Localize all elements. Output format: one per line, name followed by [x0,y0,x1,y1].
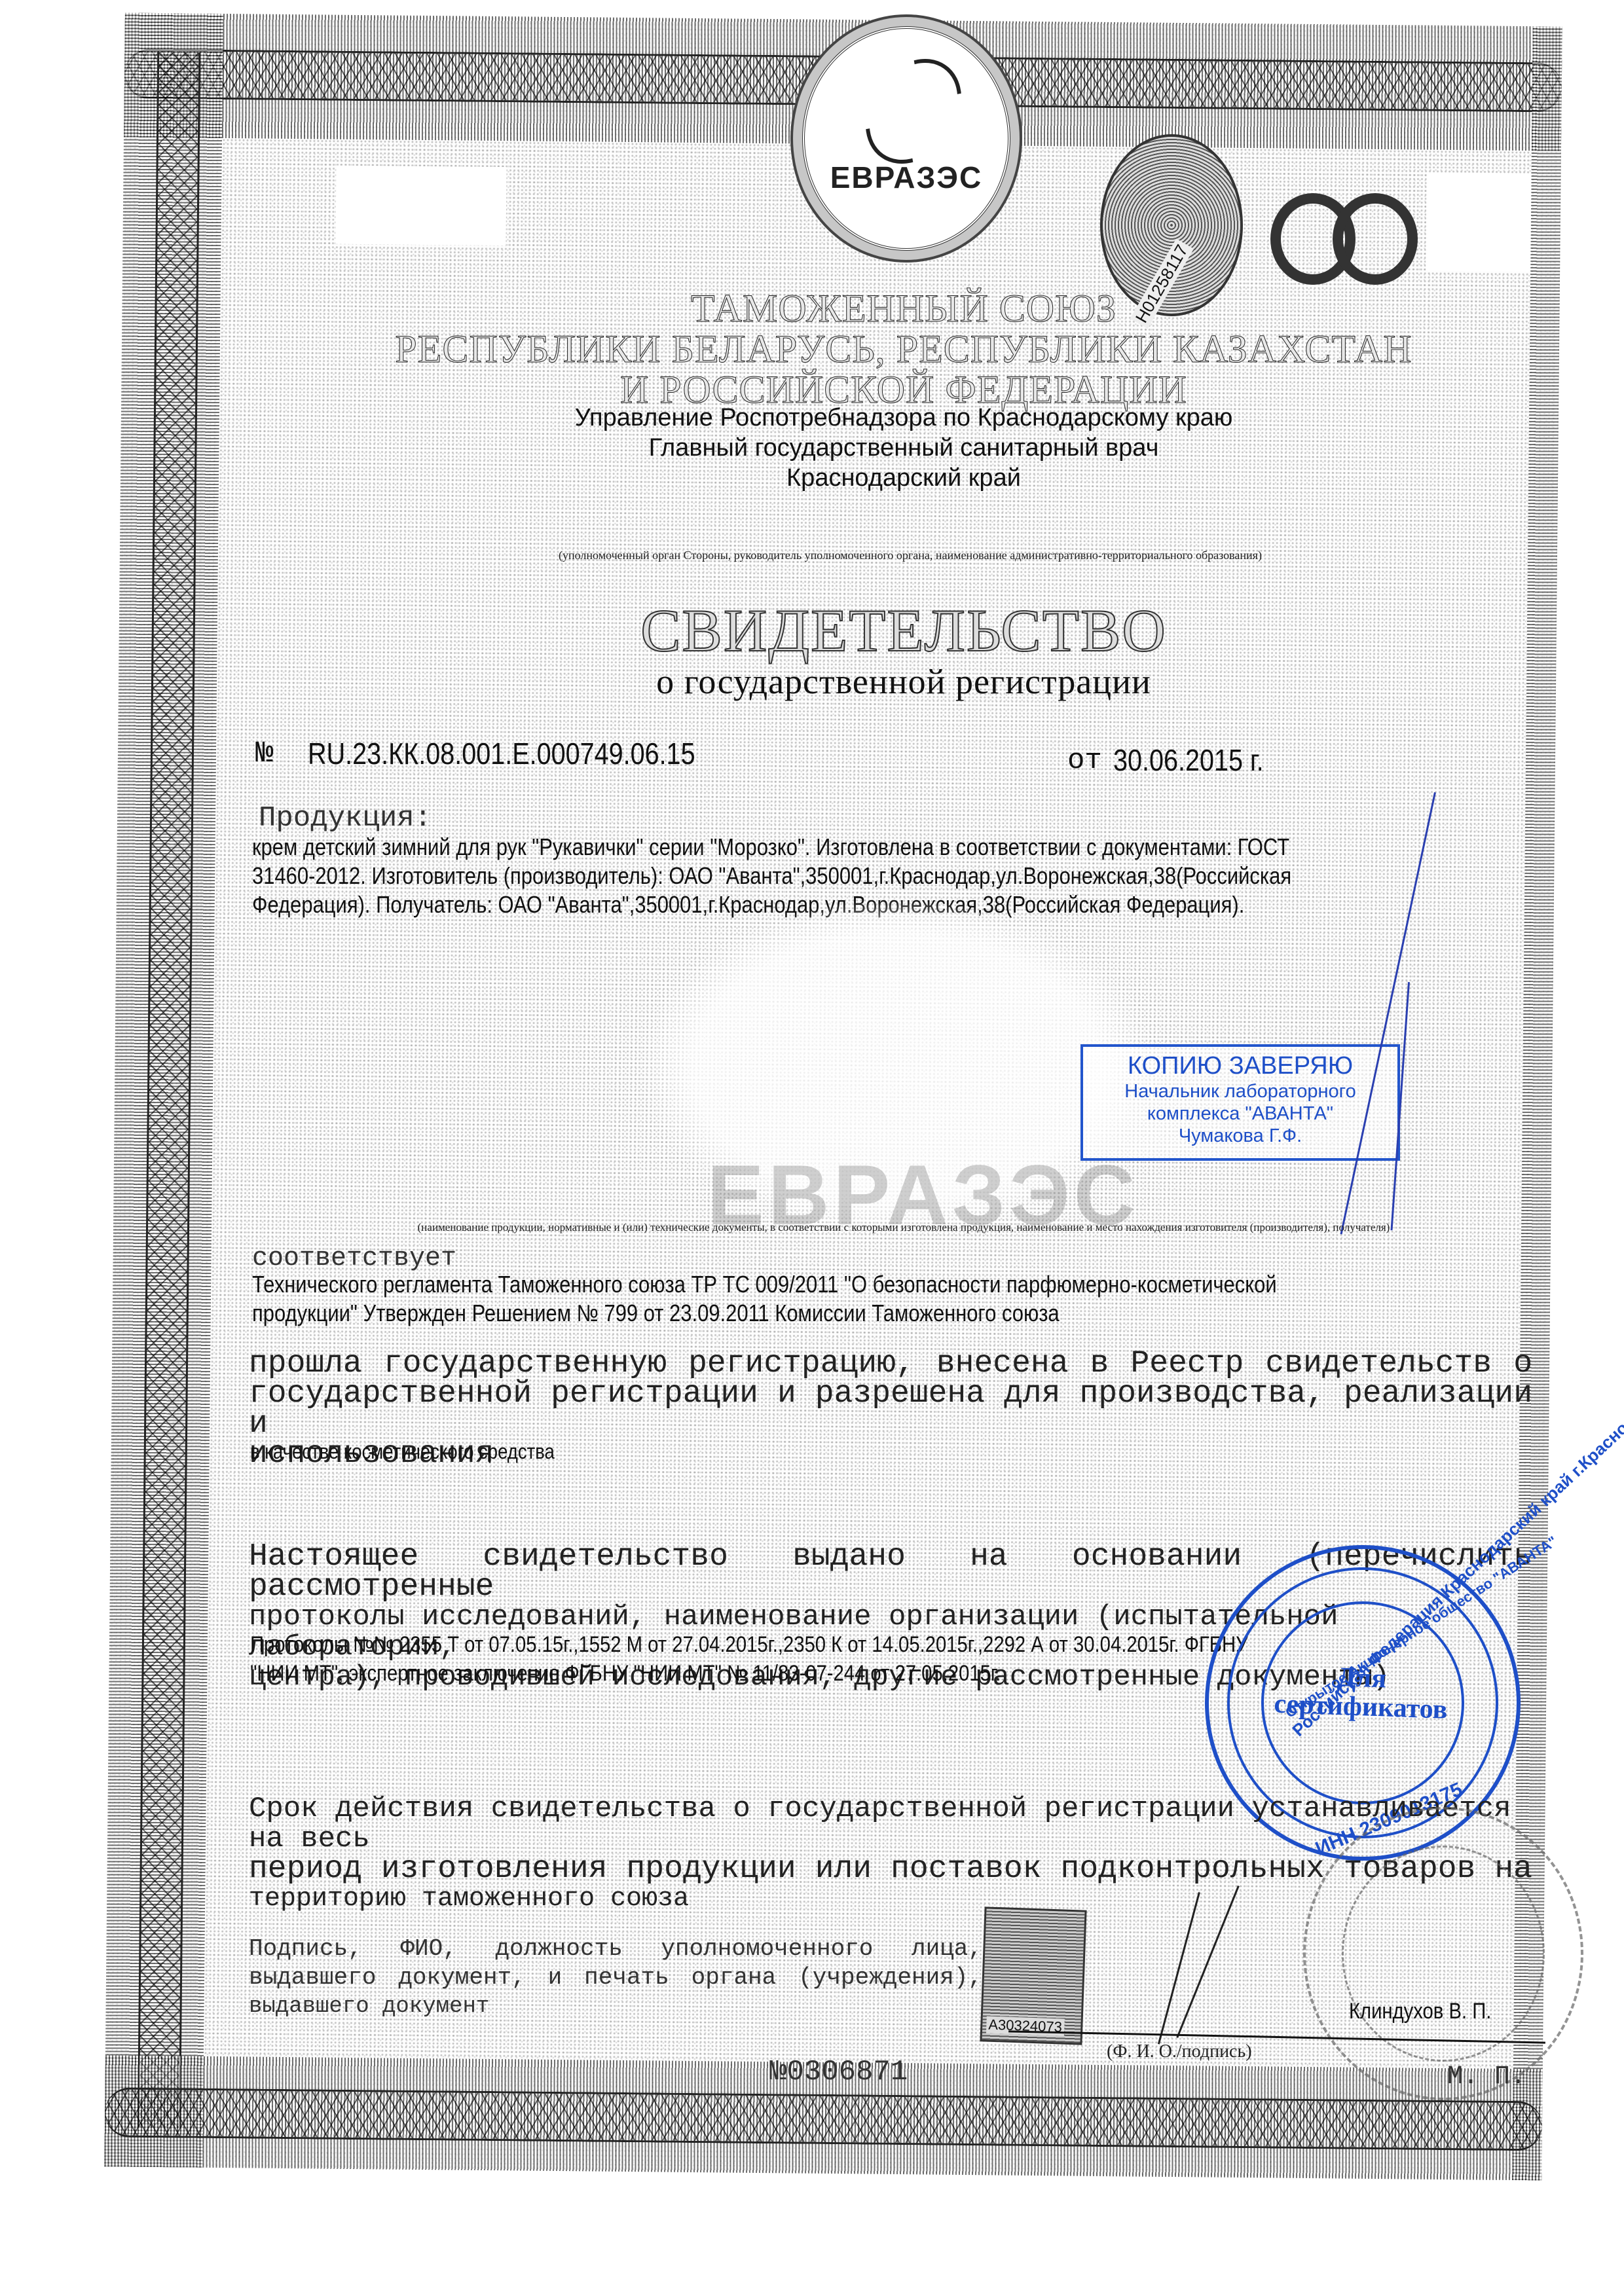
copy-stamp-title: КОПИЮ ЗАВЕРЯЮ [1083,1052,1397,1080]
product-label: Продукция: [259,802,432,835]
signature-label-line-3: выдавшего документ [249,1992,982,2021]
document-title: СВИДЕТЕЛЬСТВО [367,596,1441,665]
signer-caption: (Ф. И. О./подпись) [1107,2041,1252,2062]
conformity-text: Технического регламента Таможенного союз… [252,1270,1624,1328]
redacted-area-top-right [1426,173,1531,272]
signer-name: Клиндухов В. П. [1349,1997,1491,2026]
hologram-sticker: А30324073 [980,1906,1086,2045]
signature-label: Подпись, ФИО, должность уполномоченного … [249,1935,982,2021]
union-line-2: РЕСПУБЛИКИ БЕЛАРУСЬ, РЕСПУБЛИКИ КАЗАХСТА… [367,329,1441,369]
signature-label-line-1: Подпись, ФИО, должность уполномоченного … [249,1935,982,1963]
registration-date: 30.06.2015 г. [1113,746,1264,774]
copy-stamp-line-3: Чумакова Г.Ф. [1083,1125,1397,1147]
eurasec-emblem: ЕВРАЗЭС [802,26,1010,251]
number-prefix: № [255,737,274,771]
copy-stamp-line-1: Начальник лабораторного [1083,1080,1397,1102]
registration-number: RU.23.КК.08.001.Е.000749.06.15 [308,739,695,768]
document-subtitle: о государственной регистрации [367,661,1441,702]
registration-number-row: № RU.23.КК.08.001.Е.000749.06.15 от 30.0… [255,737,1500,776]
product-line-1: крем детский зимний для рук "Рукавички" … [252,833,1491,862]
copy-certified-stamp: КОПИЮ ЗАВЕРЯЮ Начальник лабораторного ко… [1080,1044,1400,1161]
conformity-line-1: Технического регламента Таможенного союз… [252,1270,1491,1299]
form-number: №0306871 [769,2056,908,2088]
authority-line-3: Краснодарский край [367,463,1441,493]
registered-line-2: государственной регистрации и разрешена … [249,1379,1532,1439]
authority-line-1: Управление Роспотребнадзора по Краснодар… [367,403,1441,433]
union-line-1: ТАМОЖЕННЫЙ СОЮЗ [367,288,1441,329]
conformity-mark-icon [1270,193,1421,291]
conformity-label: соответствует [252,1244,456,1273]
signature-label-line-2: выдавшего документ, и печать органа (учр… [249,1963,982,1992]
validity-line-1: Срок действия свидетельства о государств… [249,1794,1532,1854]
authority-block: Управление Роспотребнадзора по Краснодар… [367,403,1441,493]
product-caption: (наименование продукции, нормативные и (… [249,1221,1559,1234]
redacted-area-top-left [335,166,506,246]
product-line-2: 31460-2012. Изготовитель (производитель)… [252,862,1491,890]
authority-line-2: Главный государственный санитарный врач [367,433,1441,463]
seal-center-text: Для сертификатов [1206,1658,1516,1726]
union-heading: ТАМОЖЕННЫЙ СОЮЗ РЕСПУБЛИКИ БЕЛАРУСЬ, РЕС… [367,288,1441,410]
registered-line-1: прошла государственную регистрацию, внес… [249,1349,1532,1379]
emblem-label: ЕВРАЗЭС [805,160,1008,195]
copy-stamp-line-2: комплекса "АВАНТА" [1083,1102,1397,1125]
date-prefix: от [1067,744,1102,777]
conformity-line-2: продукции" Утвержден Решением № 799 от 2… [252,1299,1491,1328]
usage-purpose: в качестве косметического средства [250,1437,555,1466]
authority-round-seal [1303,1807,1583,2100]
authority-caption: (уполномоченный орган Стороны, руководит… [367,549,1454,562]
stamp-place: М. П. [1447,2062,1526,2092]
